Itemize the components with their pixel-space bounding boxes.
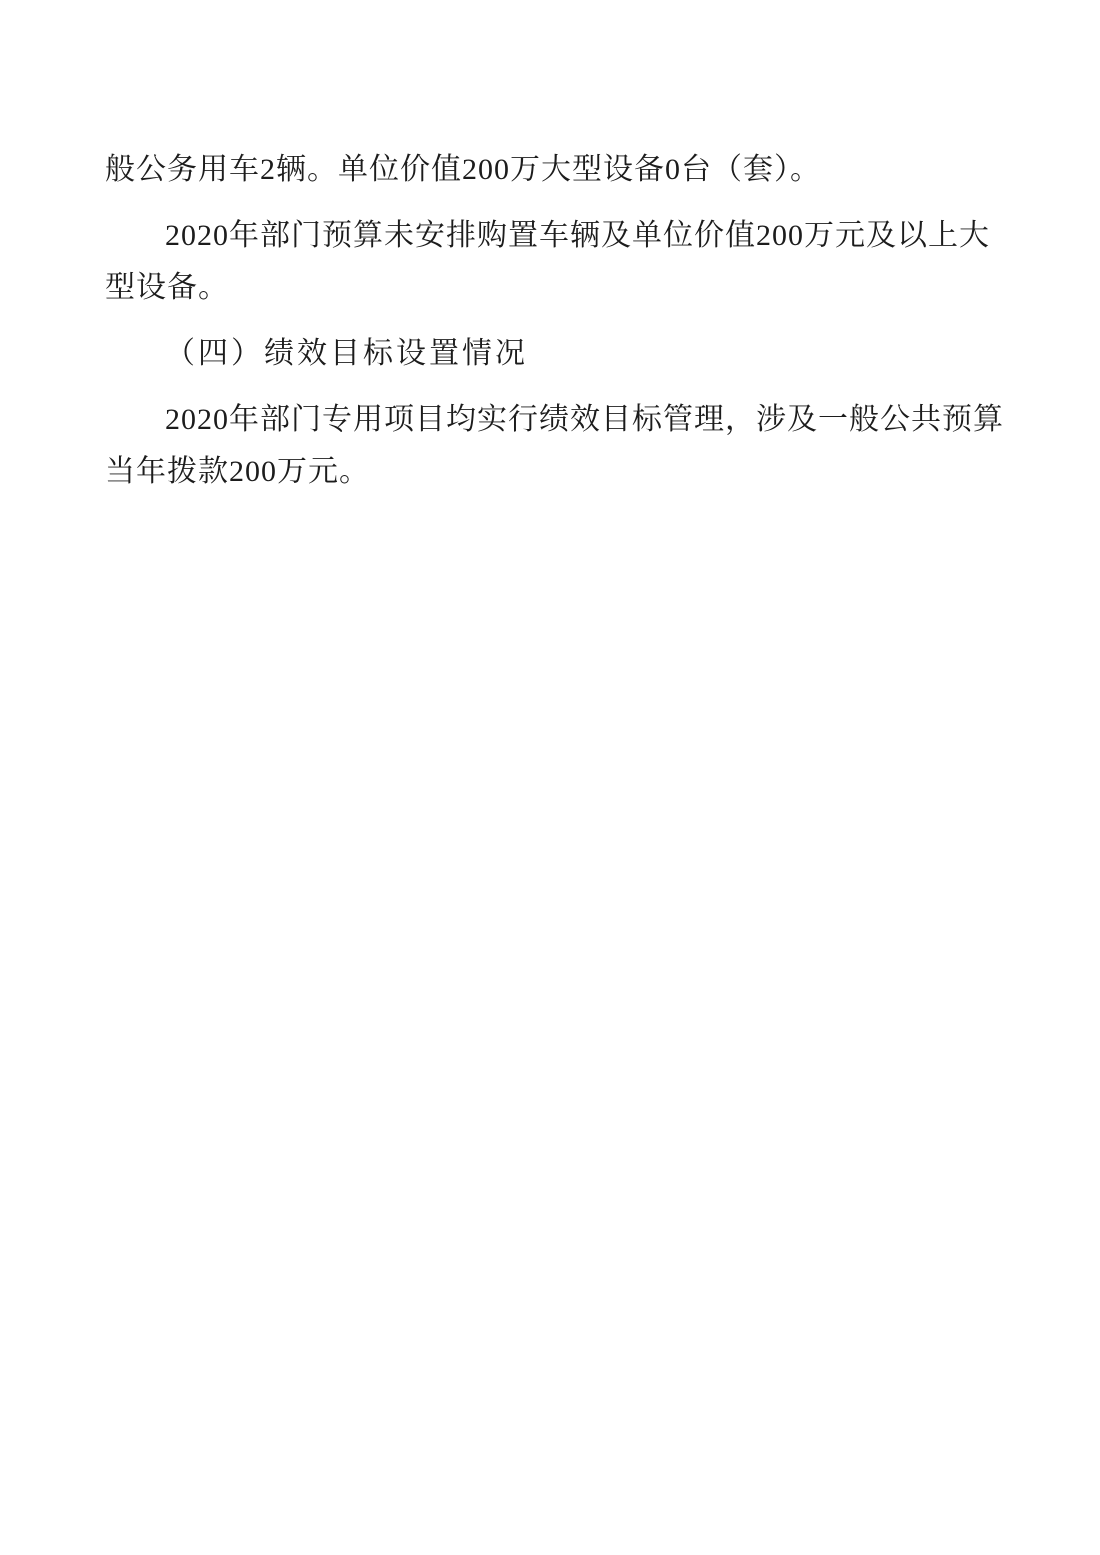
text-line: 般公务用车2辆。单位价值200万大型设备0台（套）。 bbox=[105, 144, 990, 196]
text-line: 当年拨款200万元。 bbox=[105, 446, 990, 498]
paragraph: 2020年部门预算未安排购置车辆及单位价值200万元及以上大型设备。 bbox=[105, 210, 990, 314]
text-line: 型设备。 bbox=[105, 262, 990, 314]
document-page: 般公务用车2辆。单位价值200万大型设备0台（套）。2020年部门预算未安排购置… bbox=[0, 0, 1100, 1555]
heading-text-line: （四）绩效目标设置情况 bbox=[105, 328, 990, 380]
paragraph: 2020年部门专用项目均实行绩效目标管理，涉及一般公共预算当年拨款200万元。 bbox=[105, 394, 990, 498]
paragraph: 般公务用车2辆。单位价值200万大型设备0台（套）。 bbox=[105, 144, 990, 196]
text-line: 2020年部门专用项目均实行绩效目标管理，涉及一般公共预算 bbox=[105, 394, 990, 446]
text-line: 2020年部门预算未安排购置车辆及单位价值200万元及以上大 bbox=[105, 210, 990, 262]
section-heading: （四）绩效目标设置情况 bbox=[105, 328, 990, 380]
document-body: 般公务用车2辆。单位价值200万大型设备0台（套）。2020年部门预算未安排购置… bbox=[105, 144, 990, 512]
